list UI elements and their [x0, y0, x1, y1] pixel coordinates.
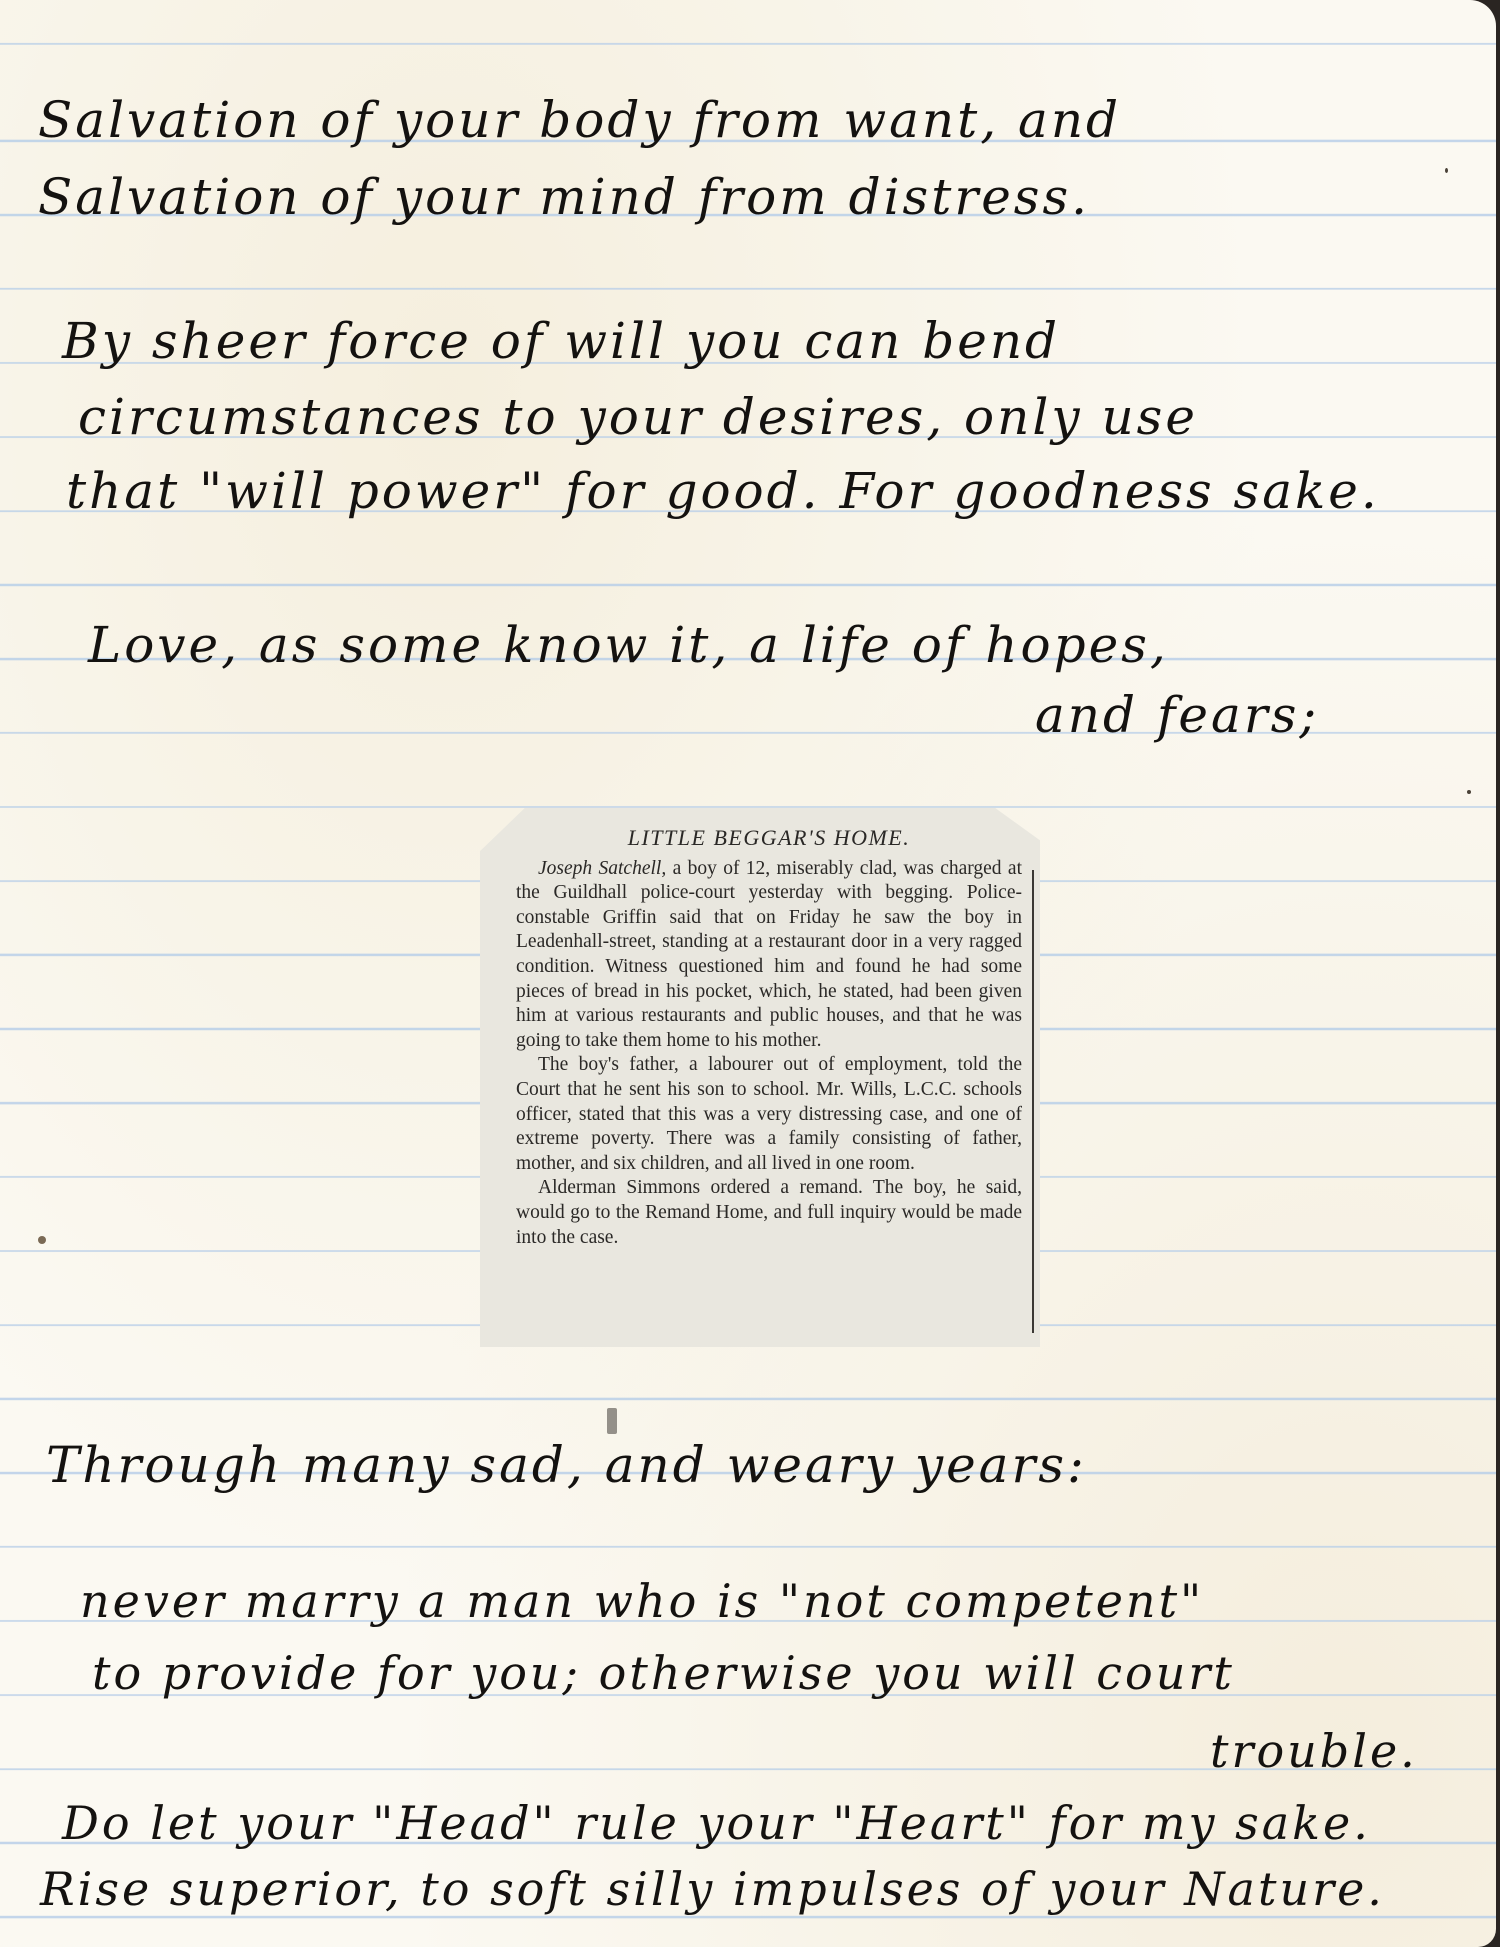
column-rule [1032, 870, 1034, 1333]
handwritten-line: to provide for you; otherwise you will c… [92, 1650, 1235, 1696]
handwritten-line: never marry a man who is "not competent" [80, 1578, 1204, 1624]
notebook-page: Salvation of your body from want, and Sa… [0, 0, 1496, 1947]
handwritten-line: Rise superior, to soft silly impulses of… [40, 1866, 1385, 1912]
clipping-paragraph: The boy's father, a labourer out of empl… [516, 1053, 1022, 1176]
handwritten-line: Salvation of your body from want, and [38, 95, 1121, 145]
handwritten-line: Salvation of your mind from distress. [38, 172, 1090, 222]
paper-mark [607, 1408, 617, 1434]
handwritten-line: Through many sad, and weary years: [46, 1440, 1087, 1490]
newspaper-clipping: LITTLE BEGGAR'S HOME. Joseph Satchell, a… [480, 808, 1040, 1347]
handwritten-line: circumstances to your desires, only use [78, 392, 1198, 442]
clipping-title: LITTLE BEGGAR'S HOME. [516, 826, 1022, 851]
clipping-name: Joseph Satchell, [538, 858, 666, 879]
handwritten-line: and fears; [1035, 690, 1319, 740]
ink-speck [1445, 168, 1448, 173]
handwritten-line: that "will power" for good. For goodness… [66, 466, 1380, 516]
handwritten-line: By sheer force of will you can bend [62, 316, 1060, 366]
clipping-paragraph: Alderman Simmons ordered a remand. The b… [516, 1176, 1022, 1250]
ink-speck [1467, 790, 1471, 794]
handwritten-line: Do let your "Head" rule your "Heart" for… [62, 1800, 1371, 1846]
clipping-text: a boy of 12, miserably clad, was charged… [516, 858, 1022, 1051]
ink-dot [38, 1236, 46, 1244]
clipping-paragraph: Joseph Satchell, a boy of 12, miserably … [516, 857, 1022, 1054]
handwritten-line: Love, as some know it, a life of hopes, [88, 620, 1169, 670]
handwritten-line: trouble. [1210, 1728, 1418, 1774]
